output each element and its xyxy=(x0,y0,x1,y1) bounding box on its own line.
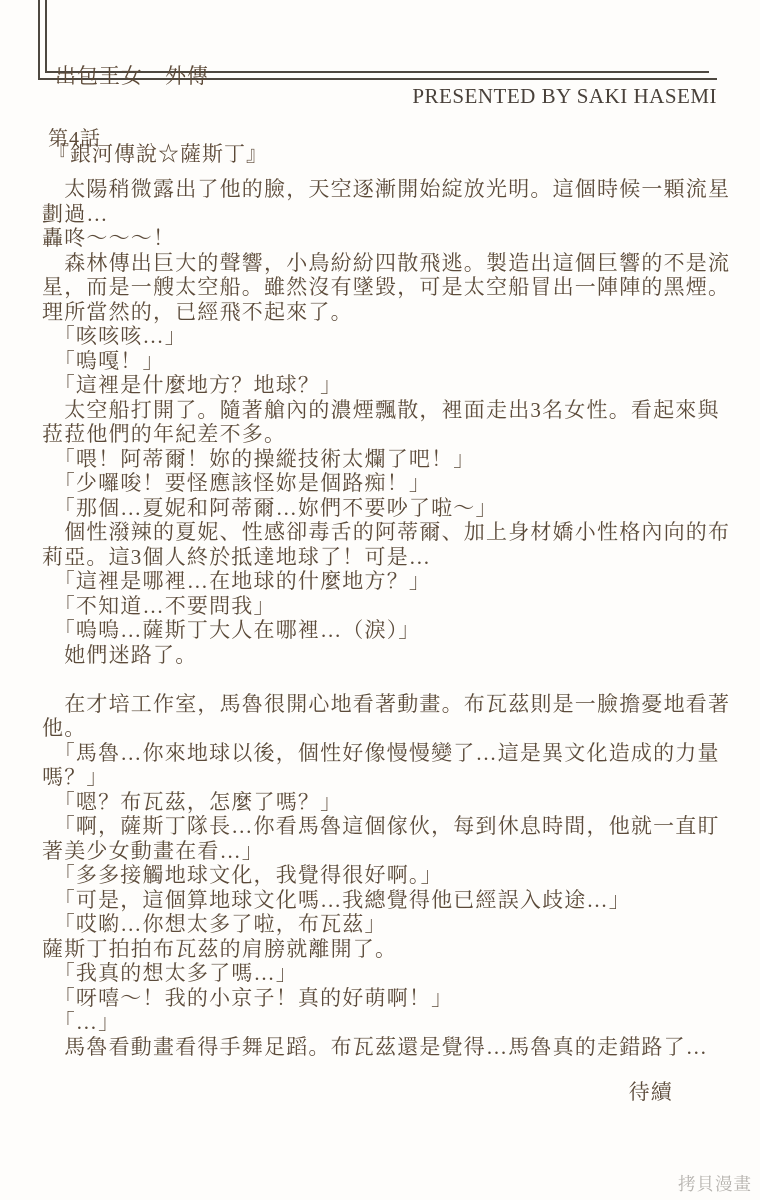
body-line: 在才培工作室，馬魯很開心地看著動畫。布瓦茲則是一臉擔憂地看著 xyxy=(42,692,742,717)
body-line xyxy=(42,667,742,692)
body-line: 「哎喲…你想太多了啦，布瓦茲」 xyxy=(42,912,742,937)
body-line: 她們迷路了。 xyxy=(42,643,742,668)
body-line: 莉亞。這3個人終於抵達地球了！可是… xyxy=(42,545,742,570)
body-line: 「我真的想太多了嗎…」 xyxy=(42,961,742,986)
body-line: 菈菈他們的年紀差不多。 xyxy=(42,422,742,447)
body-line: 「少囉唆！要怪應該怪妳是個路痴！」 xyxy=(42,471,742,496)
series-title: 出包王女 外傳 xyxy=(48,63,268,89)
body-line: 「這裡是哪裡…在地球的什麼地方？」 xyxy=(42,569,742,594)
body-line: 著美少女動畫在看…」 xyxy=(42,839,742,864)
body-line: 薩斯丁拍拍布瓦茲的肩膀就離開了。 xyxy=(42,937,742,962)
body-line: 「馬魯…你來地球以後，個性好像慢慢變了…這是異文化造成的力量 xyxy=(42,741,742,766)
body-line: 太陽稍微露出了他的臉，天空逐漸開始綻放光明。這個時候一顆流星 xyxy=(42,177,742,202)
body-line: 「喂！阿蒂爾！妳的操縱技術太爛了吧！」 xyxy=(42,447,742,472)
body-line: 轟咚～～～！ xyxy=(42,226,742,251)
body-line: 「啊，薩斯丁隊長…你看馬魯這個傢伙，每到休息時間，他就一直盯 xyxy=(42,814,742,839)
chapter-heading: 第4話 xyxy=(48,122,101,151)
body-line: 森林傳出巨大的聲響，小鳥紛紛四散飛逃。製造出這個巨響的不是流 xyxy=(42,251,742,276)
body-line: 「咳咳咳…」 xyxy=(42,324,742,349)
body-line: 「不知道…不要問我」 xyxy=(42,594,742,619)
body-text: 太陽稍微露出了他的臉，天空逐漸開始綻放光明。這個時候一顆流星劃過…轟咚～～～！ … xyxy=(42,177,742,1059)
presented-by-credit: PRESENTED BY SAKI HASEMI xyxy=(412,84,717,109)
body-line: 「嗯？布瓦茲，怎麼了嗎？」 xyxy=(42,790,742,815)
body-line: 星，而是一艘太空船。雖然沒有墜毀，可是太空船冒出一陣陣的黑煙。 xyxy=(42,275,742,300)
body-line: 「那個…夏妮和阿蒂爾…妳們不要吵了啦～」 xyxy=(42,496,742,521)
to-be-continued-label: 待續 xyxy=(629,1076,673,1106)
body-line: 「…」 xyxy=(42,1010,742,1035)
body-line: 嗎？」 xyxy=(42,765,742,790)
header-corner-rule-vertical-outer xyxy=(38,0,40,80)
body-line: 「嗚嗚…薩斯丁大人在哪裡…（淚）」 xyxy=(42,618,742,643)
header-corner-rule-vertical-inner xyxy=(45,0,47,73)
body-line: 太空船打開了。隨著艙內的濃煙飄散，裡面走出3名女性。看起來與 xyxy=(42,398,742,423)
body-line: 「這裡是什麼地方？地球？」 xyxy=(42,373,742,398)
body-line: 他。 xyxy=(42,716,742,741)
manga-text-page: 出包王女 外傳 『銀河傳說☆薩斯丁』 PRESENTED BY SAKI HAS… xyxy=(0,0,760,1200)
copyright-watermark: 拷貝漫畫 xyxy=(678,1171,752,1196)
body-line: 「多多接觸地球文化，我覺得很好啊。」 xyxy=(42,863,742,888)
body-line: 個性潑辣的夏妮、性感卻毒舌的阿蒂爾、加上身材嬌小性格內向的布 xyxy=(42,520,742,545)
body-line: 「呀嘻～！我的小京子！真的好萌啊！」 xyxy=(42,986,742,1011)
body-line: 劃過… xyxy=(42,202,742,227)
body-line: 「可是，這個算地球文化嗎…我總覺得他已經誤入歧途…」 xyxy=(42,888,742,913)
body-line: 理所當然的，已經飛不起來了。 xyxy=(42,300,742,325)
body-line: 「嗚嘎！」 xyxy=(42,349,742,374)
body-line: 馬魯看動畫看得手舞足蹈。布瓦茲還是覺得…馬魯真的走錯路了… xyxy=(42,1035,742,1060)
